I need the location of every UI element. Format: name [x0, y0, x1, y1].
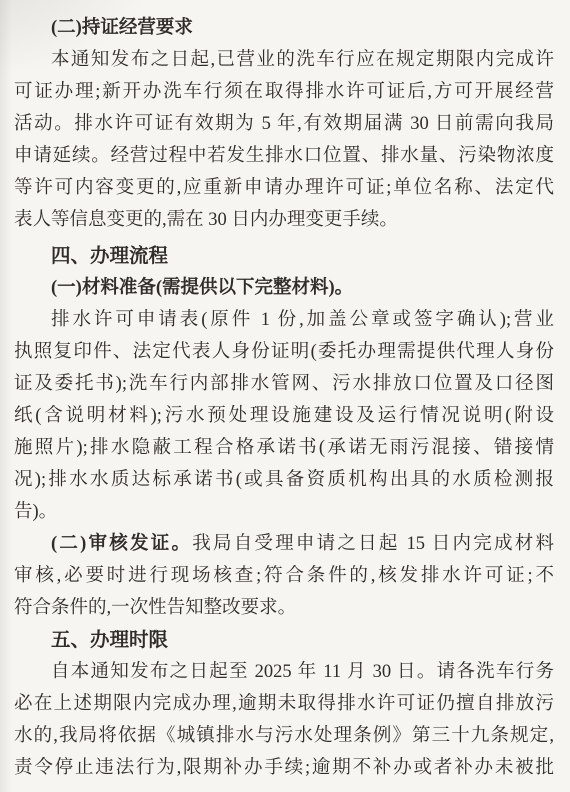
text-line: 告)。	[14, 496, 554, 528]
subheading-licensed-operation-requirements: (二)持证经营要求	[14, 12, 554, 44]
text-line: 活动。排水许可证有效期为 5 年,有效期届满 30 日前需向我局	[14, 108, 554, 140]
text-line: 执照复印件、法定代表人身份证明(委托办理需提供代理人身份	[14, 336, 554, 368]
text-line: 证及委托书);洗车行内部排水管网、污水排放口位置及口径图	[14, 368, 554, 400]
text-line: 责令停止违法行为,限期补办手续;逾期不补办或者补办未被批	[14, 752, 554, 784]
notice-document-page: (二)持证经营要求 本通知发布之日起,已营业的洗车行应在规定期限内完成许 可证办…	[0, 0, 570, 792]
text-line: 符合条件的,一次性告知整改要求。	[14, 592, 554, 624]
text-line: 表人等信息变更的,需在 30 日内办理变更手续。	[14, 204, 554, 236]
bold-lead-review-issuance: (二)审核发证。	[51, 534, 192, 554]
text-line: 必在上述期限内完成办理,逾期未取得排水许可证仍擅自排放污	[14, 688, 554, 720]
text-line: 本通知发布之日起,已营业的洗车行应在规定期限内完成许	[14, 44, 554, 76]
text-line: 自本通知发布之日起至 2025 年 11 月 30 日。请各洗车行务	[14, 656, 554, 688]
text-line: 施照片);排水隐蔽工程合格承诺书(承诺无雨污混接、错接情	[14, 432, 554, 464]
text-line: 排水许可申请表(原件 1 份,加盖公章或签字确认);营业	[14, 304, 554, 336]
lead-rest-text: 我局自受理申请之日起 15 日内完成材料	[192, 534, 554, 554]
text-line: 申请延续。经营过程中若发生排水口位置、排水量、污染物浓度	[14, 140, 554, 172]
subheading-material-preparation: (一)材料准备(需提供以下完整材料)。	[14, 272, 554, 304]
text-line: 水的,我局将依据《城镇排水与污水处理条例》第三十九条规定,	[14, 720, 554, 752]
para-review-issuance: (二)审核发证。我局自受理申请之日起 15 日内完成材料 审核,必要时进行现场核…	[14, 528, 554, 624]
text-line: 纸(含说明材料);污水预处理设施建设及运行情况说明(附设	[14, 400, 554, 432]
text-line: 可证办理;新开办洗车行须在取得排水许可证后,方可开展经营	[14, 76, 554, 108]
text-line: (二)审核发证。我局自受理申请之日起 15 日内完成材料	[14, 528, 554, 560]
para-deadline: 自本通知发布之日起至 2025 年 11 月 30 日。请各洗车行务 必在上述期…	[14, 656, 554, 784]
section-heading-process: 四、办理流程	[14, 240, 554, 272]
text-line: 等许可内容变更的,应重新申请办理许可证;单位名称、法定代	[14, 172, 554, 204]
text-line: 审核,必要时进行现场核查;符合条件的,核发排水许可证;不	[14, 560, 554, 592]
text-line: 况);排水水质达标承诺书(或具备资质机构出具的水质检测报	[14, 464, 554, 496]
section-heading-time-limit: 五、办理时限	[14, 624, 554, 656]
para-licensed-operation: 本通知发布之日起,已营业的洗车行应在规定期限内完成许 可证办理;新开办洗车行须在…	[14, 44, 554, 236]
para-materials: 排水许可申请表(原件 1 份,加盖公章或签字确认);营业 执照复印件、法定代表人…	[14, 304, 554, 528]
